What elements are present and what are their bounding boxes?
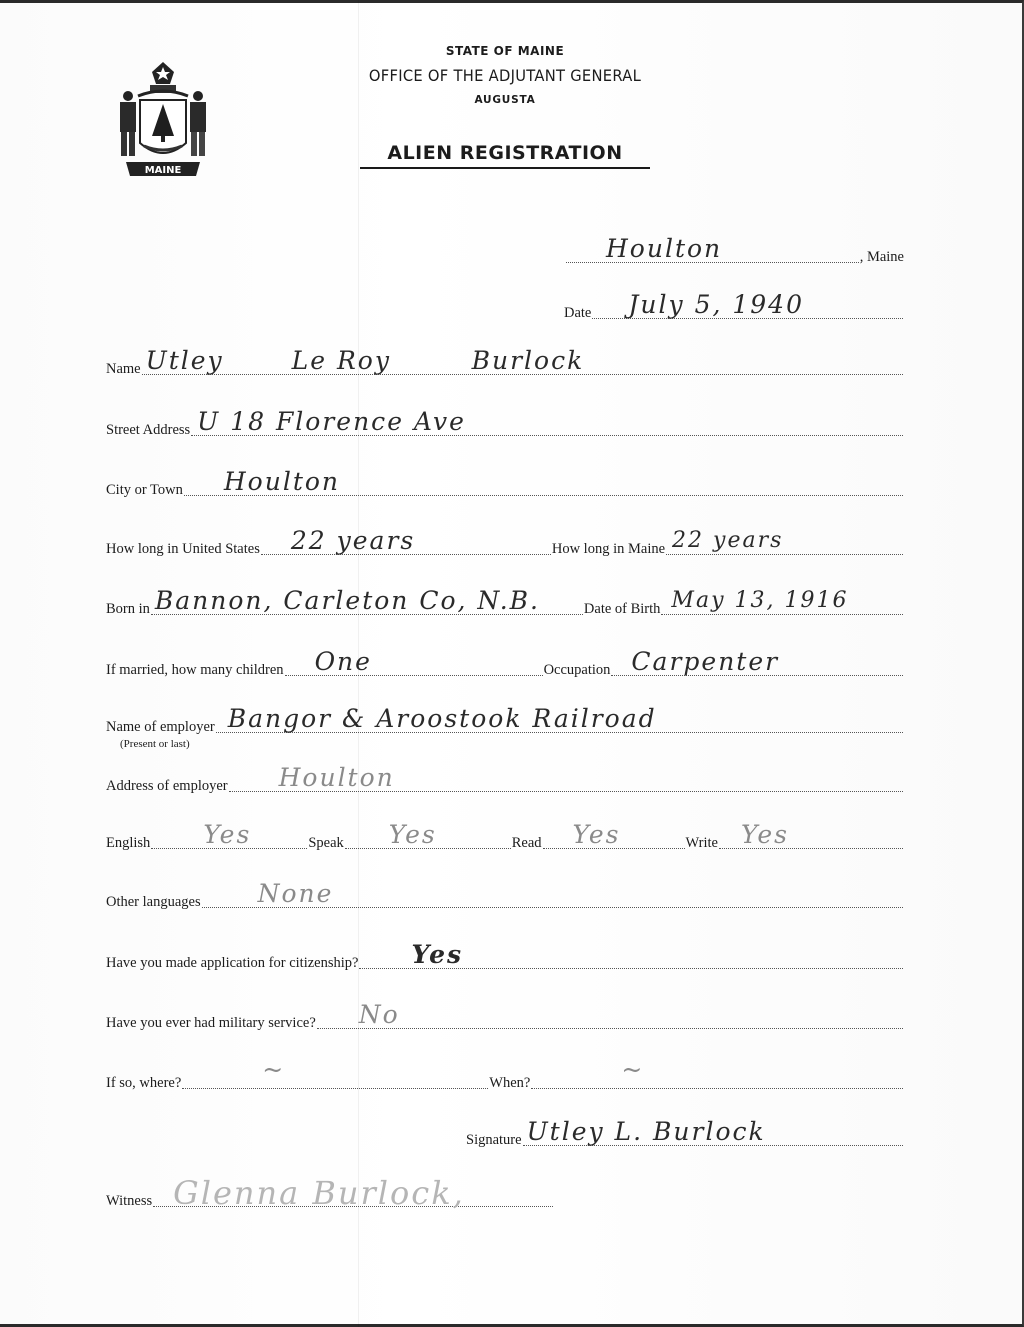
witness-field[interactable]: Glenna Burlock,	[153, 1188, 553, 1207]
military-row: Have you ever had military service? No	[106, 1002, 904, 1032]
citizenship-value: Yes	[411, 941, 463, 969]
place-suffix: , Maine	[860, 248, 904, 266]
speak-label: Speak	[308, 834, 343, 852]
signature-row: Signature Utley L. Burlock	[466, 1119, 904, 1149]
street-address-label: Street Address	[106, 421, 190, 439]
occupation-label: Occupation	[544, 661, 611, 679]
place-value: Houlton	[606, 235, 722, 263]
birth-row: Born in Bannon, Carleton Co, N.B. Date o…	[106, 588, 904, 618]
language-row: English Yes Speak Yes Read Yes Write Yes	[106, 822, 904, 852]
children-value: One	[315, 648, 372, 676]
name-field[interactable]: Utley Le Roy Burlock	[142, 356, 903, 375]
employer-sublabel: (Present or last)	[120, 735, 190, 753]
witness-value: Glenna Burlock,	[173, 1179, 465, 1207]
how-long-us-label: How long in United States	[106, 540, 260, 558]
header-office: OFFICE OF THE ADJUTANT GENERAL	[344, 66, 666, 85]
english-label: English	[106, 834, 150, 852]
place-row: Houlton , Maine	[565, 236, 904, 266]
date-of-birth-field[interactable]: May 13, 1916	[661, 596, 903, 615]
employer-field[interactable]: Bangor & Aroostook Railroad	[216, 714, 903, 733]
other-languages-field[interactable]: None	[202, 889, 903, 908]
children-label: If married, how many children	[106, 661, 284, 679]
street-address-value: U 18 Florence Ave	[197, 408, 466, 436]
where-label: If so, where?	[106, 1074, 181, 1092]
when-field[interactable]: ~	[531, 1070, 903, 1089]
date-label: Date	[564, 304, 591, 322]
read-label: Read	[512, 834, 542, 852]
name-row: Name Utley Le Roy Burlock	[106, 348, 904, 378]
speak-value: Yes	[389, 821, 437, 849]
born-in-value: Bannon, Carleton Co, N.B.	[155, 587, 540, 615]
street-address-row: Street Address U 18 Florence Ave	[106, 409, 904, 439]
header-city: AUGUSTA	[330, 94, 680, 106]
employer-value: Bangor & Aroostook Railroad	[228, 705, 657, 733]
occupation-field[interactable]: Carpenter	[611, 657, 903, 676]
speak-field[interactable]: Yes	[345, 830, 511, 849]
english-value: Yes	[203, 821, 251, 849]
employer-address-label: Address of employer	[106, 777, 228, 795]
signature-label: Signature	[466, 1131, 522, 1149]
write-value: Yes	[741, 821, 789, 849]
how-long-maine-label: How long in Maine	[552, 540, 665, 558]
where-when-row: If so, where? ~ When? ~	[106, 1062, 904, 1092]
employer-label-text: Name of employer	[106, 719, 215, 735]
header-state: STATE OF MAINE	[330, 44, 680, 58]
how-long-maine-field[interactable]: 22 years	[666, 536, 903, 555]
how-long-us-field[interactable]: 22 years	[261, 536, 551, 555]
maine-state-seal-icon: MAINE	[108, 58, 218, 183]
street-address-field[interactable]: U 18 Florence Ave	[191, 417, 903, 436]
children-field[interactable]: One	[285, 657, 543, 676]
military-field[interactable]: No	[317, 1010, 903, 1029]
english-field[interactable]: Yes	[151, 830, 307, 849]
name-middle: Le Roy	[292, 347, 391, 375]
when-value: ~	[621, 1056, 644, 1084]
svg-text:MAINE: MAINE	[145, 165, 182, 176]
read-value: Yes	[573, 821, 621, 849]
employer-address-field[interactable]: Houlton	[229, 773, 903, 792]
how-long-us-value: 22 years	[291, 527, 415, 555]
date-of-birth-label: Date of Birth	[584, 600, 661, 618]
signature-value: Utley L. Burlock	[527, 1118, 766, 1146]
employer-address-value: Houlton	[279, 764, 395, 792]
children-occupation-row: If married, how many children One Occupa…	[106, 649, 904, 679]
name-label: Name	[106, 360, 141, 378]
when-label: When?	[489, 1074, 530, 1092]
other-languages-label: Other languages	[106, 893, 201, 911]
citizenship-field[interactable]: Yes	[359, 950, 903, 969]
military-value: No	[359, 1001, 400, 1029]
military-label: Have you ever had military service?	[106, 1014, 316, 1032]
employer-row: Name of employer (Present or last) Bango…	[106, 706, 904, 736]
employer-label: Name of employer (Present or last)	[106, 718, 215, 736]
signature-field[interactable]: Utley L. Burlock	[523, 1127, 903, 1146]
document-title: ALIEN REGISTRATION	[360, 142, 650, 169]
date-value: July 5, 1940	[628, 291, 804, 319]
witness-label: Witness	[106, 1192, 152, 1210]
write-field[interactable]: Yes	[719, 830, 903, 849]
witness-row: Witness Glenna Burlock,	[106, 1180, 554, 1210]
name-last: Burlock	[472, 347, 585, 375]
city-field[interactable]: Houlton	[184, 477, 903, 496]
city-row: City or Town Houlton	[106, 469, 904, 499]
other-languages-row: Other languages None	[106, 881, 904, 911]
where-value: ~	[262, 1056, 285, 1084]
citizenship-row: Have you made application for citizenshi…	[106, 942, 904, 972]
city-value: Houlton	[224, 468, 340, 496]
date-row: Date July 5, 1940	[564, 292, 904, 322]
other-languages-value: None	[258, 880, 334, 908]
name-first: Utley	[146, 347, 224, 375]
citizenship-label: Have you made application for citizenshi…	[106, 954, 358, 972]
how-long-maine-value: 22 years	[672, 527, 783, 555]
place-field[interactable]: Houlton	[566, 244, 859, 263]
occupation-value: Carpenter	[631, 648, 779, 676]
date-field[interactable]: July 5, 1940	[592, 300, 903, 319]
residency-row: How long in United States 22 years How l…	[106, 528, 904, 558]
read-field[interactable]: Yes	[543, 830, 685, 849]
date-of-birth-value: May 13, 1916	[671, 587, 848, 615]
born-in-label: Born in	[106, 600, 150, 618]
employer-address-row: Address of employer Houlton	[106, 765, 904, 795]
born-in-field[interactable]: Bannon, Carleton Co, N.B.	[151, 596, 583, 615]
write-label: Write	[686, 834, 718, 852]
where-field[interactable]: ~	[182, 1070, 488, 1089]
city-label: City or Town	[106, 481, 183, 499]
